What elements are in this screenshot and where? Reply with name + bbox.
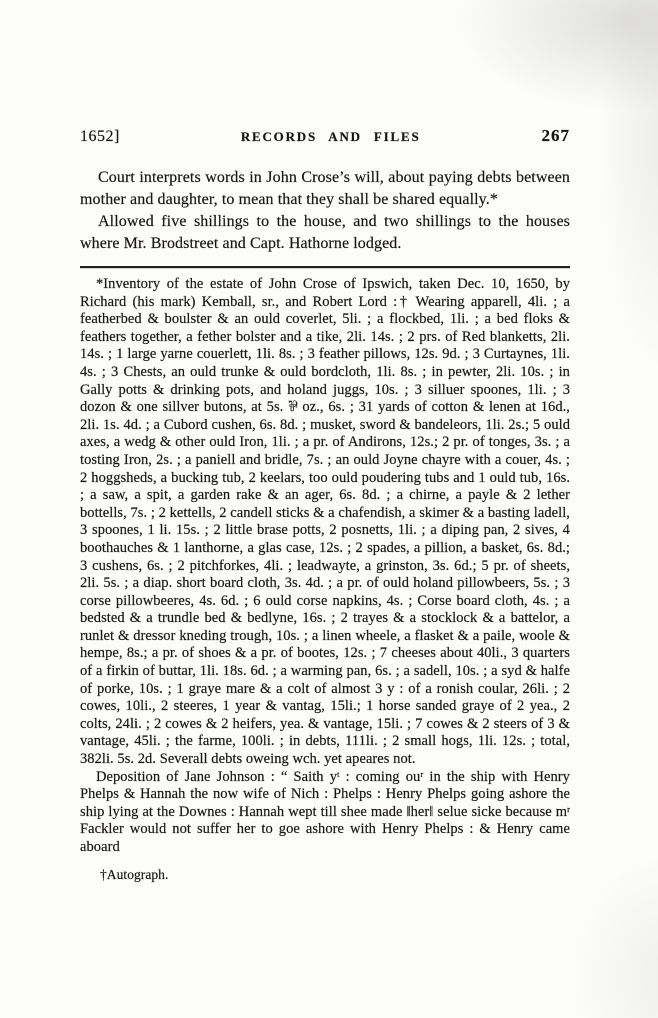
header-title: RECORDS AND FILES — [241, 129, 421, 145]
main-paragraph-allowance: Allowed five shillings to the house, and… — [80, 211, 570, 255]
header-page-number: 267 — [541, 126, 570, 146]
scanned-book-page: 1652] RECORDS AND FILES 267 Court interp… — [0, 0, 658, 1018]
footnote-deposition-paragraph: Deposition of Jane Johnson : “ Saith yt … — [80, 769, 570, 857]
deposition-text-segment: Fackler would not suffer her to goe asho… — [80, 821, 570, 855]
running-head: 1652] RECORDS AND FILES 267 — [80, 126, 570, 146]
header-year: 1652] — [80, 128, 120, 146]
deposition-text-segment: : coming ou — [339, 769, 420, 785]
footnote-inventory-paragraph: *Inventory of the estate of John Crose o… — [80, 276, 570, 769]
main-paragraph-court-ruling: Court interprets words in John Crose’s w… — [80, 167, 570, 211]
deposition-text-segment: Deposition of Jane Johnson : “ Saith y — [96, 769, 337, 785]
footnote-autograph: †Autograph. — [80, 866, 570, 884]
text-block: 1652] RECORDS AND FILES 267 Court interp… — [80, 126, 570, 883]
footnote-section: *Inventory of the estate of John Crose o… — [80, 276, 570, 883]
main-text: Court interprets words in John Crose’s w… — [80, 167, 570, 255]
footnote-divider — [80, 266, 570, 268]
superscript-letter: r — [567, 804, 570, 814]
